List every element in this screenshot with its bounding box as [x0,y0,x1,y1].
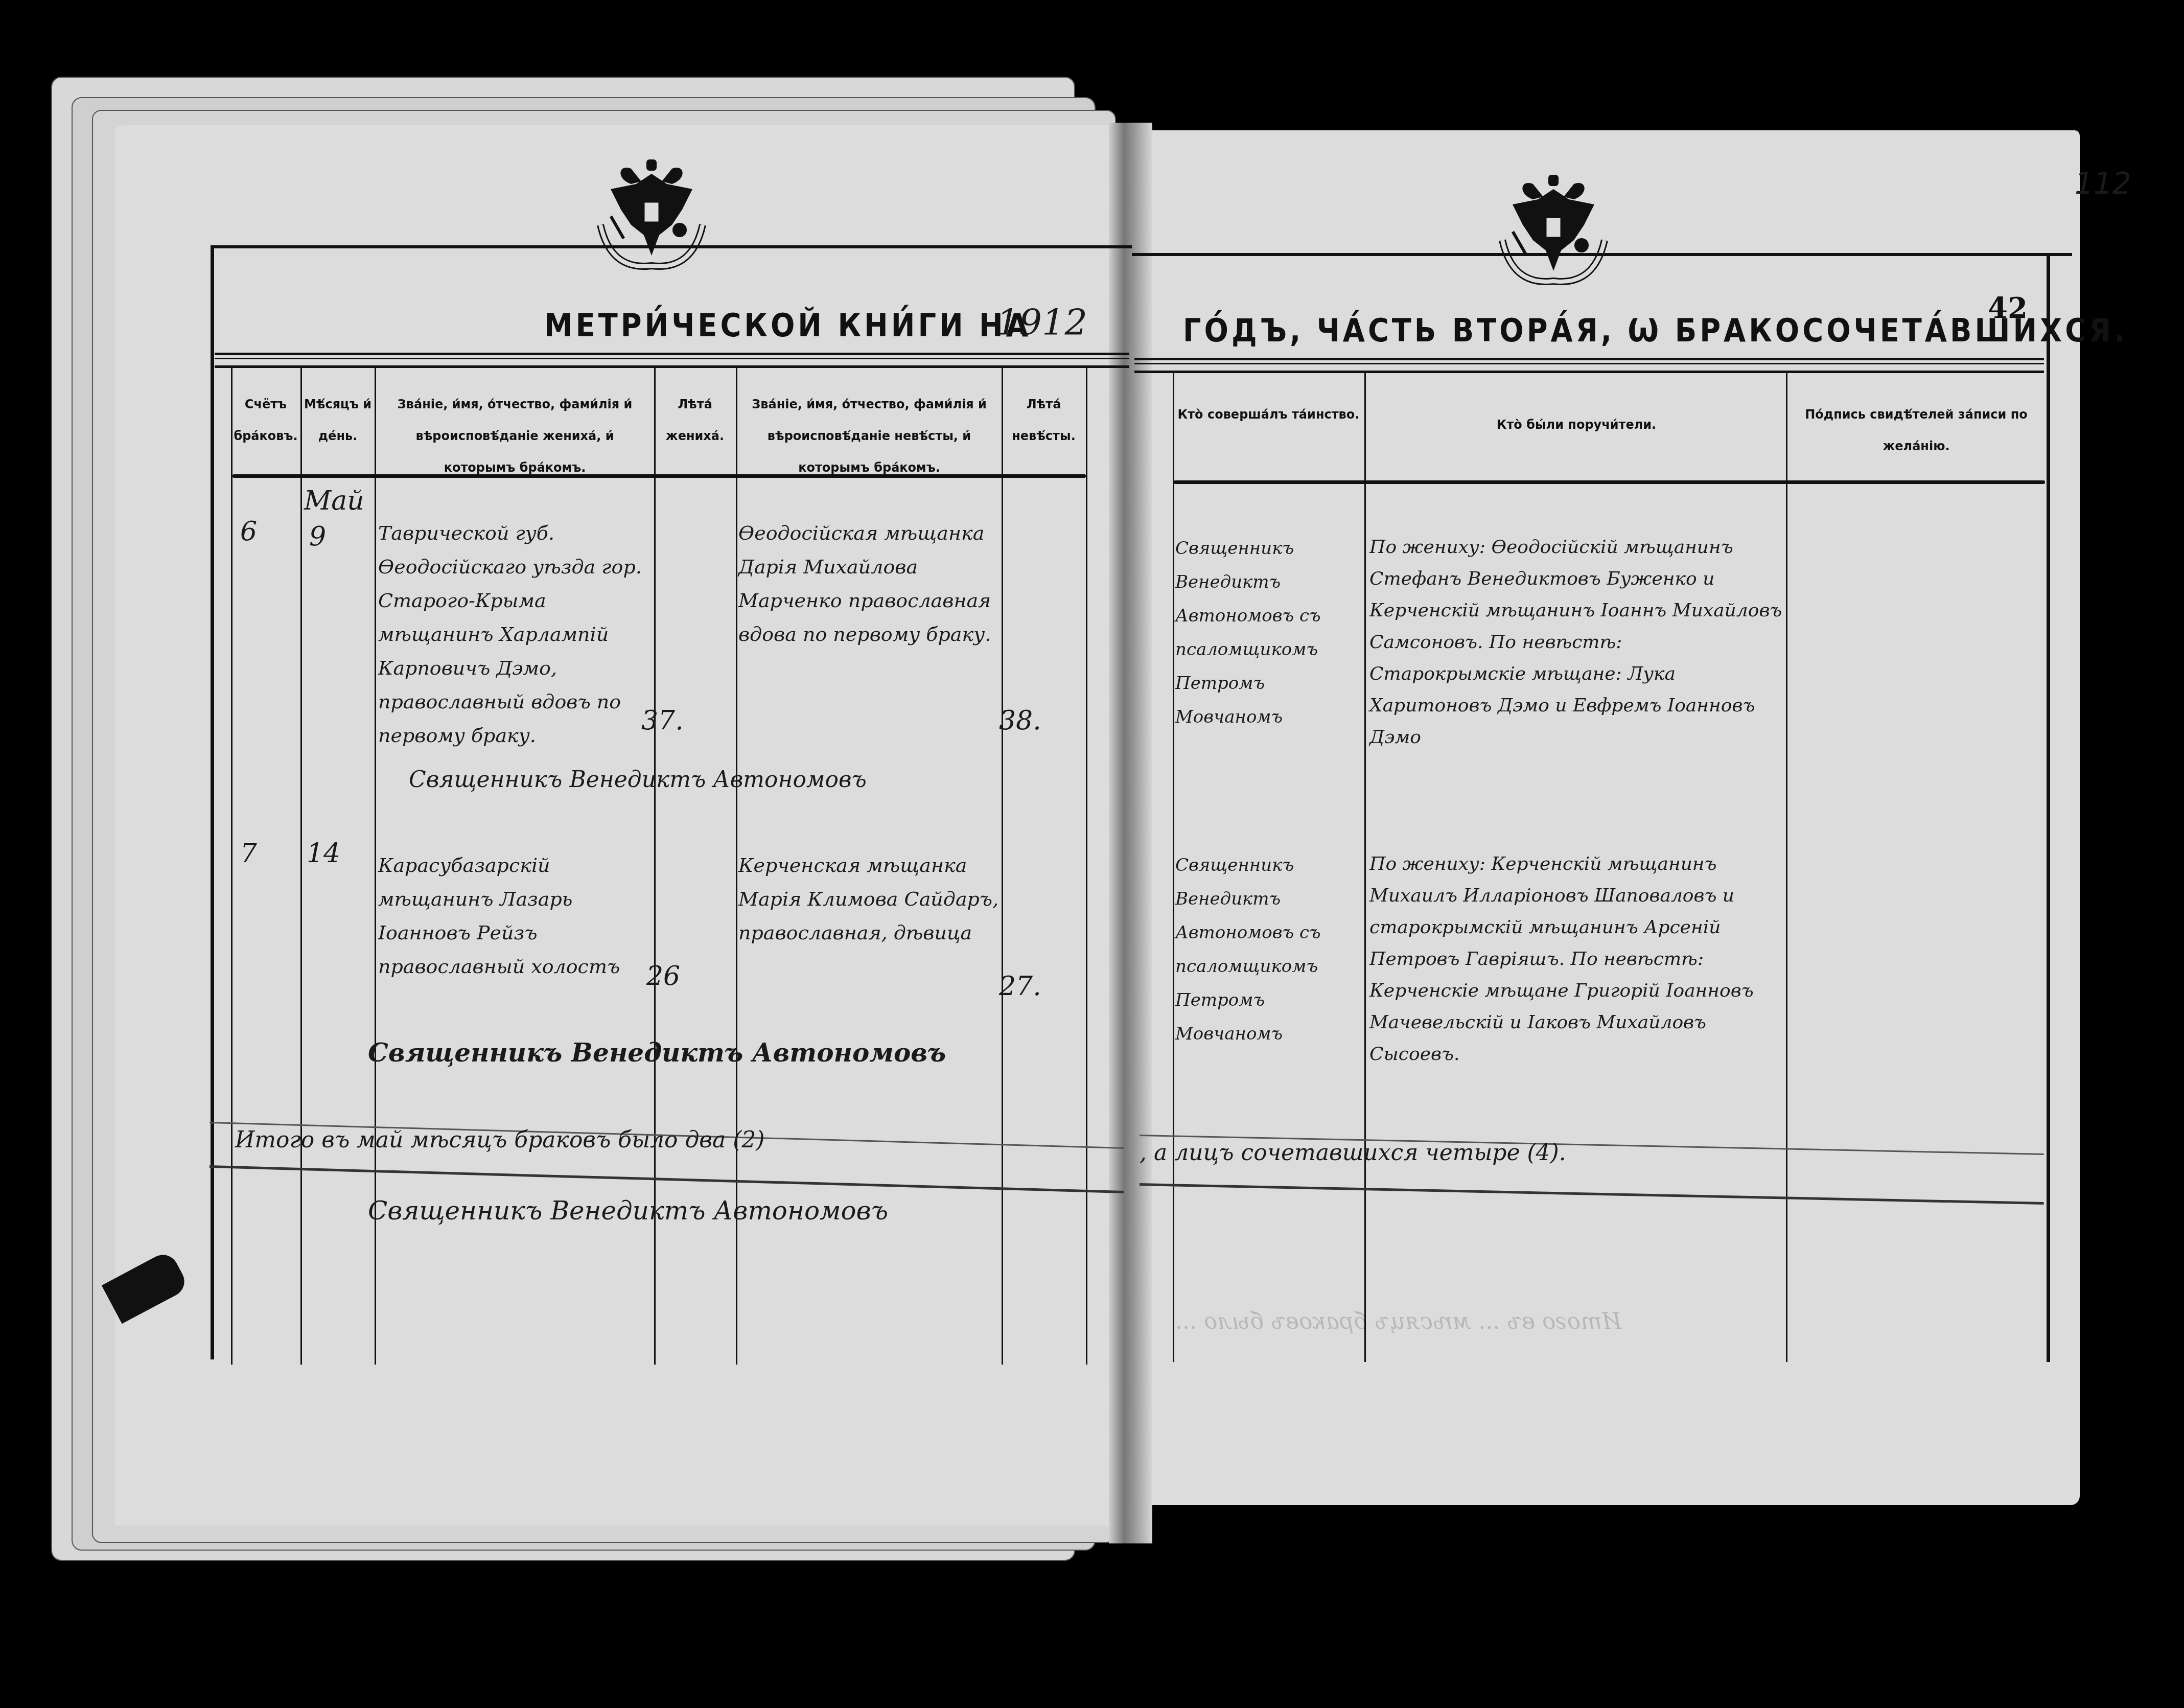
record-month: Май [304,486,364,516]
book-title-right: ГО́ДЪ, ЧА́СТЬ ВТОРА́Я, Ѡ БРАКОСОЧЕТА́ВШИ… [1183,312,2128,349]
column-header-guarantors: Кто̀ бы́ли поручи́тели. [1369,409,1783,441]
priest-signature: Священникъ Венедиктъ Автономовъ [368,1037,946,1068]
groom-age: 26 [646,961,680,991]
book-title-left: МЕТРИ́ЧЕСКОЙ КНИ́ГИ НА [544,307,1031,344]
folio-number: 112 [2075,166,2131,201]
record-day: 9 [309,521,326,552]
record-number: 7 [240,838,257,869]
bride-age: 27. [999,971,1041,1002]
column-header-bride: Зва́ніе, и́мя, о́тчество, фами́лія и́ вѣ… [739,388,999,483]
double-headed-eagle-icon [595,153,708,276]
column-header-groom: Зва́ніе, и́мя, о́тчество, фами́лія и́ вѣ… [378,388,652,483]
officiant-details: Священникъ Венедиктъ Автономовъ съ псало… [1175,848,1362,1051]
column-header-witness-signatures: По́дпись свидѣ́телей за́писи по жела́нію… [1788,399,2044,462]
bride-details: Ѳеодосійская мѣщанка Дарія Михайлова Мар… [738,516,999,651]
column-header-month-day: Мѣ́сяцъ и́ де́нь. [303,388,373,452]
groom-age: 37. [641,705,684,736]
frame-top-rule [212,245,1132,248]
column-header-marriage-count: Счётъ бра́ковъ. [233,388,299,452]
groom-details: Карасубазарскій мѣщанинъ Лазарь Іоанновъ… [378,848,649,983]
summary-marriage-count: Итого въ май мѣсяцъ браковъ было два (2) [235,1127,765,1153]
column-divider [1364,371,1366,1362]
header-bottom-rule [1174,480,2045,484]
column-divider [1786,371,1787,1362]
record-day: 14 [307,838,340,869]
frame-left-rule [211,245,214,1359]
year-handwritten: 1912 [996,302,1087,343]
imperial-eagle-crest-icon [1497,169,1610,291]
frame-top-rule [1132,253,2072,256]
column-divider [231,365,233,1365]
frame-right-rule [2047,253,2050,1362]
imperial-eagle-crest-icon [595,153,708,276]
groom-details: Таврической губ. Ѳеодосійскаго уѣзда гор… [378,516,649,752]
column-divider [1173,371,1174,1362]
double-headed-eagle-icon [1497,169,1610,291]
column-header-officiant: Кто̀ соверша́лъ та́инство. [1175,399,1362,430]
closing-priest-signature: Священникъ Венедиктъ Автономовъ [368,1196,888,1226]
bleed-through-text: Итого въ ... мѣсяцъ браковъ было ... [1175,1308,1621,1334]
priest-signature: Священникъ Венедиктъ Автономовъ [409,767,867,793]
column-header-bride-age: Лѣта́ невѣ́сты. [1004,388,1083,452]
guarantors-details: По жениху: Ѳеодосійскій мѣщанинъ Стефанъ… [1369,532,1783,753]
officiant-details: Священникъ Венедиктъ Автономовъ съ псало… [1175,532,1362,734]
bride-age: 38. [999,705,1041,736]
page-number: 42 [1988,291,2028,325]
title-triple-rule [1134,358,2044,373]
column-divider [1086,365,1087,1365]
column-divider [300,365,302,1365]
header-bottom-rule [233,474,1086,478]
column-header-groom-age: Лѣта́ жениха́. [657,388,733,452]
book-spine [1109,123,1152,1543]
column-divider [1002,365,1003,1365]
summary-persons-count: , а лицъ сочетавшихся четыре (4). [1140,1140,1566,1166]
bride-details: Керченская мѣщанка Марія Климова Сайдаръ… [738,848,999,950]
guarantors-details: По жениху: Керченскій мѣщанинъ Михаилъ И… [1369,848,1783,1070]
title-triple-rule [215,353,1129,368]
record-number: 6 [240,516,257,547]
